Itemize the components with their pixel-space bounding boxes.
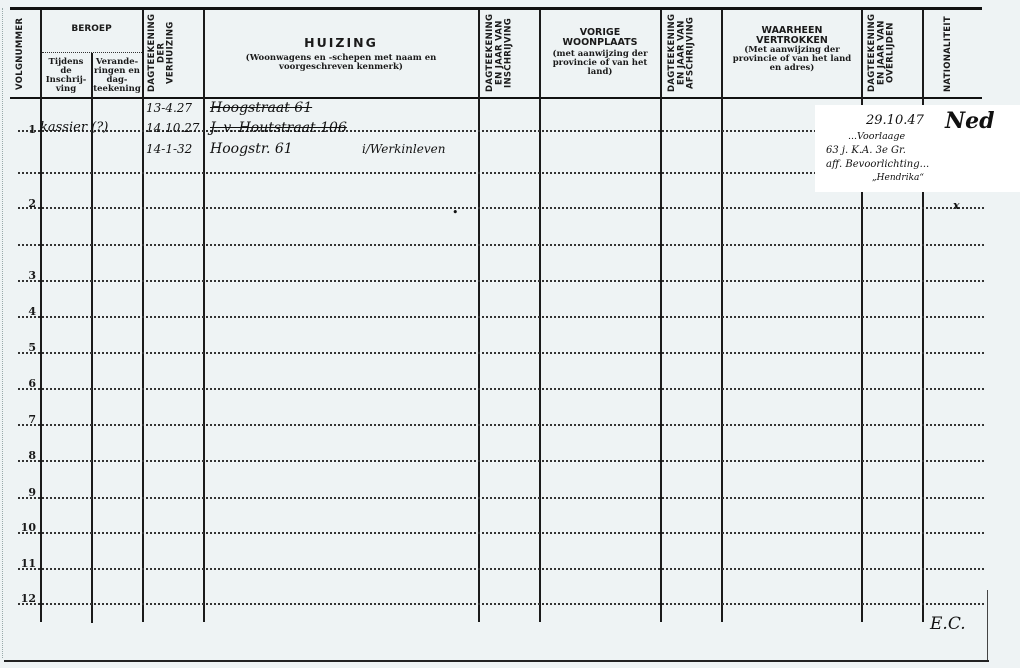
- handwritten-death-note: aff. Bevoorlichting...: [826, 159, 929, 170]
- handwritten-beroep: kassier (?): [40, 120, 108, 135]
- header-dagteekening-afschrijving: DAGTEEKENING EN JAAR VAN AFSCHRIJVING: [668, 10, 714, 96]
- header-dagteekening-inschrijving: DAGTEEKENING EN JAAR VAN INSCHRIJVING: [486, 10, 532, 96]
- handwritten-verhuizing-date: 13-4.27: [146, 101, 192, 115]
- handwritten-death-note: „Hendrika“: [872, 173, 924, 183]
- row-line: [18, 352, 984, 354]
- header-huizing: HUIZING: [206, 36, 476, 49]
- handwritten-death-note: 63 j. K.A. 3e Gr.: [826, 145, 906, 156]
- row-line: [18, 280, 984, 282]
- handwritten-verhuizing-date: 14-1-32: [146, 142, 192, 156]
- header-vorige-subtitle: (met aanwijzing der provincie of van het…: [548, 50, 652, 77]
- card-bottom-border: [4, 660, 989, 662]
- row-line: [18, 497, 984, 499]
- row-line: [18, 568, 984, 570]
- card-edge: [2, 8, 4, 658]
- header-volgnummer: VOLGNUMMER: [16, 14, 34, 94]
- header-rule: [10, 97, 982, 99]
- handwritten-nationality: Ned: [945, 108, 995, 134]
- header-beroep-veranderingen: Verande-ringen en dag-teekening: [93, 58, 141, 94]
- row-number: 2: [22, 197, 36, 210]
- row-line: [18, 244, 984, 246]
- row-number: 9: [22, 486, 36, 499]
- handwritten-initials: E.C.: [930, 614, 966, 634]
- row-number: 4: [22, 305, 36, 318]
- row-line: [18, 460, 984, 462]
- row-number: 8: [22, 449, 36, 462]
- row-number: 12: [16, 592, 36, 605]
- handwritten-death-note: ...Voorlaage: [848, 131, 905, 142]
- row-line: [18, 207, 984, 209]
- header-beroep: BEROEP: [42, 25, 141, 34]
- row-number: 11: [16, 557, 36, 570]
- row-number: 5: [22, 341, 36, 354]
- row-number: 6: [22, 377, 36, 390]
- header-waarheen-vertrokken: WAARHEEN VERTROKKEN: [735, 26, 849, 46]
- register-card: VOLGNUMMER BEROEP Tijdens de Inschrij-vi…: [0, 0, 1020, 668]
- header-vorige-woonplaats: VORIGE WOONPLAATS: [552, 28, 648, 48]
- header-dagteekening-verhuizing: DAGTEEKENING DER VERHUIZING: [148, 12, 196, 94]
- handwritten-verhuizing-date: 14.10.27: [146, 121, 199, 135]
- handwritten-mark: x: [953, 199, 960, 212]
- row-line: [18, 603, 984, 605]
- handwritten-address-struck: J. v. Houtstraat 106: [210, 120, 347, 136]
- row-number: 10: [16, 521, 36, 534]
- row-line: [18, 424, 984, 426]
- handwritten-address-struck: Hoogstraat 61: [210, 100, 312, 116]
- row-line: [18, 316, 984, 318]
- row-line: [18, 388, 984, 390]
- handwritten-address: Hoogstr. 61: [210, 141, 293, 157]
- header-nationaliteit: NATIONALITEIT: [944, 22, 962, 92]
- card-right-border: [987, 590, 988, 660]
- row-number: 1: [22, 123, 36, 136]
- row-line: [18, 532, 984, 534]
- column-divider: [91, 53, 93, 623]
- row-number: 7: [22, 413, 36, 426]
- row-number: 3: [22, 269, 36, 282]
- handwritten-address-note: i/Werkinleven: [362, 142, 445, 156]
- header-waarheen-subtitle: (Met aanwijzing der provincie of van het…: [727, 46, 857, 73]
- ink-spot: •: [452, 206, 459, 219]
- header-huizing-subtitle: (Woonwagens en -schepen met naam en voor…: [236, 54, 446, 72]
- header-beroep-tijdens: Tijdens de Inschrij-ving: [42, 58, 90, 94]
- handwritten-death-date: 29.10.47: [866, 113, 924, 128]
- header-dagteekening-overlijden: DAGTEEKENING EN JAAR VAN OVERLIJDEN: [868, 10, 914, 96]
